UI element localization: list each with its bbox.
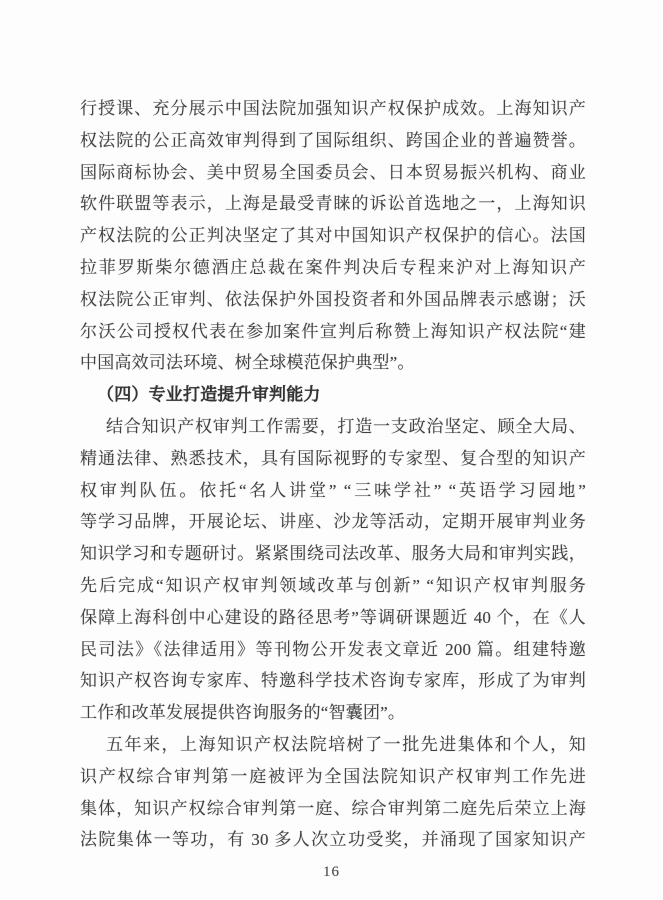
body-line: 识产权综合审判第一庭被评为全国法院知识产权审判工作先进 bbox=[80, 761, 586, 793]
body-line: 权法院的公正高效审判得到了国际组织、跨国企业的普遍赞誉。 bbox=[80, 125, 586, 157]
body-line: 精通法律、熟悉技术，具有国际视野的专家型、复合型的知识产 bbox=[80, 443, 586, 475]
body-line: 结合知识产权审判工作需要，打造一支政治坚定、顾全大局、 bbox=[80, 411, 586, 443]
body-line: 等学习品牌，开展论坛、讲座、沙龙等活动，定期开展审判业务 bbox=[80, 506, 586, 538]
body-line: 国际商标协会、美中贸易全国委员会、日本贸易振兴机构、商业 bbox=[80, 157, 586, 189]
body-line: 权审判队伍。依托“名人讲堂” “三味学社” “英语学习园地” bbox=[80, 475, 586, 507]
document-page: 行授课、充分展示中国法院加强知识产权保护成效。上海知识产 权法院的公正高效审判得… bbox=[0, 0, 663, 900]
body-line: 知识学习和专题研讨。紧紧围绕司法改革、服务大局和审判实践， bbox=[80, 538, 586, 570]
body-line: 保障上海科创中心建设的路径思考”等调研课题近 40 个，在《人 bbox=[80, 602, 586, 634]
page-number: 16 bbox=[0, 864, 663, 881]
body-line: 工作和改革发展提供咨询服务的“智囊团”。 bbox=[80, 697, 586, 729]
body-line: 权法院公正审判、依法保护外国投资者和外国品牌表示感谢；沃 bbox=[80, 284, 586, 316]
body-line: 集体，知识产权综合审判第一庭、综合审判第二庭先后荣立上海 bbox=[80, 793, 586, 825]
body-line: 知识产权咨询专家库、特邀科学技术咨询专家库，形成了为审判 bbox=[80, 665, 586, 697]
body-line: 五年来，上海知识产权法院培树了一批先进集体和个人，知 bbox=[80, 729, 586, 761]
body-line: 拉菲罗斯柴尔德酒庄总裁在案件判决后专程来沪对上海知识产 bbox=[80, 252, 586, 284]
body-line: 中国高效司法环境、树全球模范保护典型”。 bbox=[80, 347, 586, 379]
body-line: 产权法院的公正判决坚定了其对中国知识产权保护的信心。法国 bbox=[80, 220, 586, 252]
body-line: 尔沃公司授权代表在参加案件宣判后称赞上海知识产权法院“建 bbox=[80, 316, 586, 348]
text-block: 行授课、充分展示中国法院加强知识产权保护成效。上海知识产 权法院的公正高效审判得… bbox=[80, 93, 586, 856]
body-line: 先后完成“知识产权审判领域改革与创新” “知识产权审判服务 bbox=[80, 570, 586, 602]
body-line: 法院集体一等功，有 30 多人次立功受奖，并涌现了国家知识产 bbox=[80, 824, 586, 856]
body-line: 行授课、充分展示中国法院加强知识产权保护成效。上海知识产 bbox=[80, 93, 586, 125]
section-heading: （四）专业打造提升审判能力 bbox=[80, 379, 586, 411]
body-line: 民司法》《法律适用》等刊物公开发表文章近 200 篇。组建特邀 bbox=[80, 634, 586, 666]
body-line: 软件联盟等表示，上海是最受青睐的诉讼首选地之一，上海知识 bbox=[80, 188, 586, 220]
